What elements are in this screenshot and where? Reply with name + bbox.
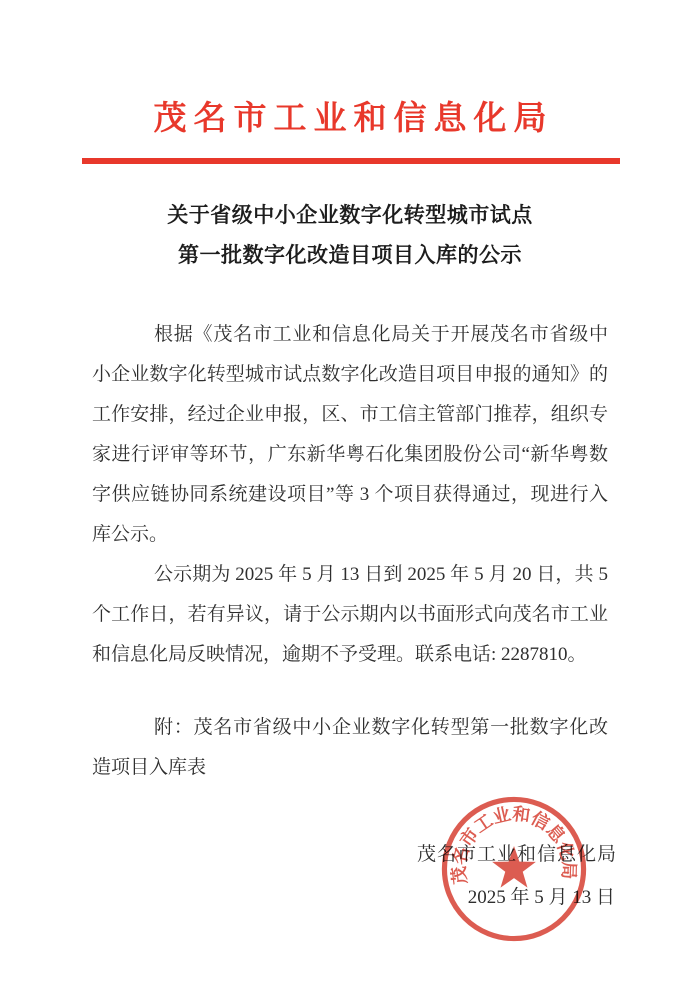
document-title-line2: 第一批数字化改造目项目入库的公示 — [0, 235, 700, 275]
letterhead-divider-rule — [82, 158, 620, 164]
document-body: 根据《茂名市工业和信息化局关于开展茂名市省级中小企业数字化转型城市试点数字化改造… — [92, 315, 608, 788]
letterhead-agency-name: 茂名市工业和信息化局 — [0, 99, 700, 139]
attachment-note: 附：茂名市省级中小企业数字化转型第一批数字化改造项目入库表 — [92, 708, 608, 788]
document-title: 关于省级中小企业数字化转型城市试点 第一批数字化改造目项目入库的公示 — [0, 195, 700, 275]
official-seal: 茂名市工业和信息化局 — [440, 795, 588, 943]
document-page: 茂名市工业和信息化局 关于省级中小企业数字化转型城市试点 第一批数字化改造目项目… — [0, 0, 700, 999]
paragraph-basis: 根据《茂名市工业和信息化局关于开展茂名市省级中小企业数字化转型城市试点数字化改造… — [92, 315, 608, 555]
document-title-line1: 关于省级中小企业数字化转型城市试点 — [0, 195, 700, 235]
seal-star — [492, 846, 536, 888]
paragraph-notice-period: 公示期为 2025 年 5 月 13 日到 2025 年 5 月 20 日，共 … — [92, 555, 608, 675]
